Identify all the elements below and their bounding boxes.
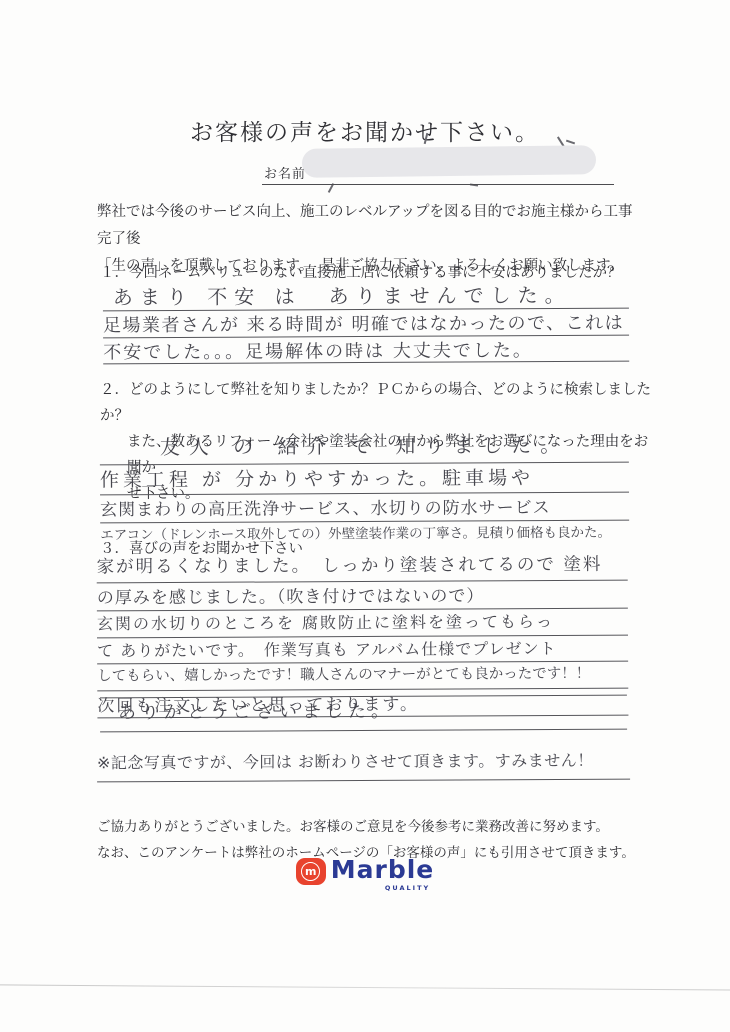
- question-1-answer: あまり 不安 は ありませんでした。 足場業者さんが 来る時間が 明確ではなかっ…: [103, 279, 629, 365]
- footer-line: ご協力ありがとうございました。お客様のご意見を今後参考に業務改善に努めます。: [97, 814, 645, 840]
- answer-line: 不安でした。。。足場解体の時は 大丈夫でした。: [103, 336, 629, 365]
- name-label: お名前: [264, 163, 306, 182]
- answer-line: してもらい、嬉しかったです！職人さんのマナーがとても良かったです！！: [97, 662, 628, 692]
- name-field: お名前: [262, 160, 614, 185]
- answer-line: あまり 不安 は ありませんでした。: [103, 279, 629, 312]
- photo-note: ※記念写真ですが、今回は お断わりさせて頂きます。すみません！: [97, 744, 630, 783]
- logo-brand-text: Marble: [331, 856, 435, 884]
- scan-paper-edge: [0, 984, 730, 990]
- question-2-line: ２．どのようにして弊社を知りましたか？ＰＣからの場合、どのように検索しましたか？: [100, 377, 660, 429]
- redacted-name: [302, 145, 596, 178]
- answer-line: 家が明るくなりました。 しっかり塗装されてるので 塗料: [97, 551, 628, 584]
- logo-text: Marble QUALITY: [331, 856, 435, 892]
- answer-line: 友人 の 紹介 で 知りました。: [100, 429, 629, 466]
- answer-line: 玄関の水切りのところを 腐敗防止に塗料を塗ってもらっ: [97, 609, 628, 639]
- thanks-note: ありがとうございました。: [100, 690, 627, 733]
- questionnaire-page: お客様の声をお聞かせ下さい。 お名前 弊社では今後のサービス向上、施工のレベルア…: [0, 0, 730, 1032]
- answer-line: 玄関まわりの高圧洗浄サービス、水切りの防水サービス: [100, 493, 629, 524]
- logo-tagline-text: QUALITY: [385, 884, 430, 892]
- photo-note-line: ※記念写真ですが、今回は お断わりさせて頂きます。すみません！: [97, 744, 630, 783]
- answer-line: の厚みを感じました。（吹き付けではないので）: [97, 581, 628, 612]
- thanks-line: ありがとうございました。: [100, 696, 627, 733]
- logo-ring-icon: m: [301, 862, 320, 881]
- question-2-answer: 友人 の 紹介 で 知りました。 作業工程 が 分かりやすかった。駐車場や 玄関…: [100, 429, 630, 548]
- intro-line: 弊社では今後のサービス向上、施工のレベルアップを図る目的でお施主様から工事完了後: [97, 199, 645, 253]
- page-title: お客様の声をお聞かせ下さい。: [0, 114, 730, 147]
- answer-line: 足場業者さんが 来る時間が 明確ではなかったので、これは: [103, 309, 629, 339]
- logo-m-letter: m: [305, 866, 316, 877]
- marble-logo: m Marble QUALITY: [0, 856, 730, 892]
- marble-logo-icon: m: [296, 858, 326, 885]
- answer-line: て ありがたいです。 作業写真も アルバム仕様でプレゼント: [97, 636, 628, 665]
- answer-line: 作業工程 が 分かりやすかった。駐車場や: [100, 463, 629, 496]
